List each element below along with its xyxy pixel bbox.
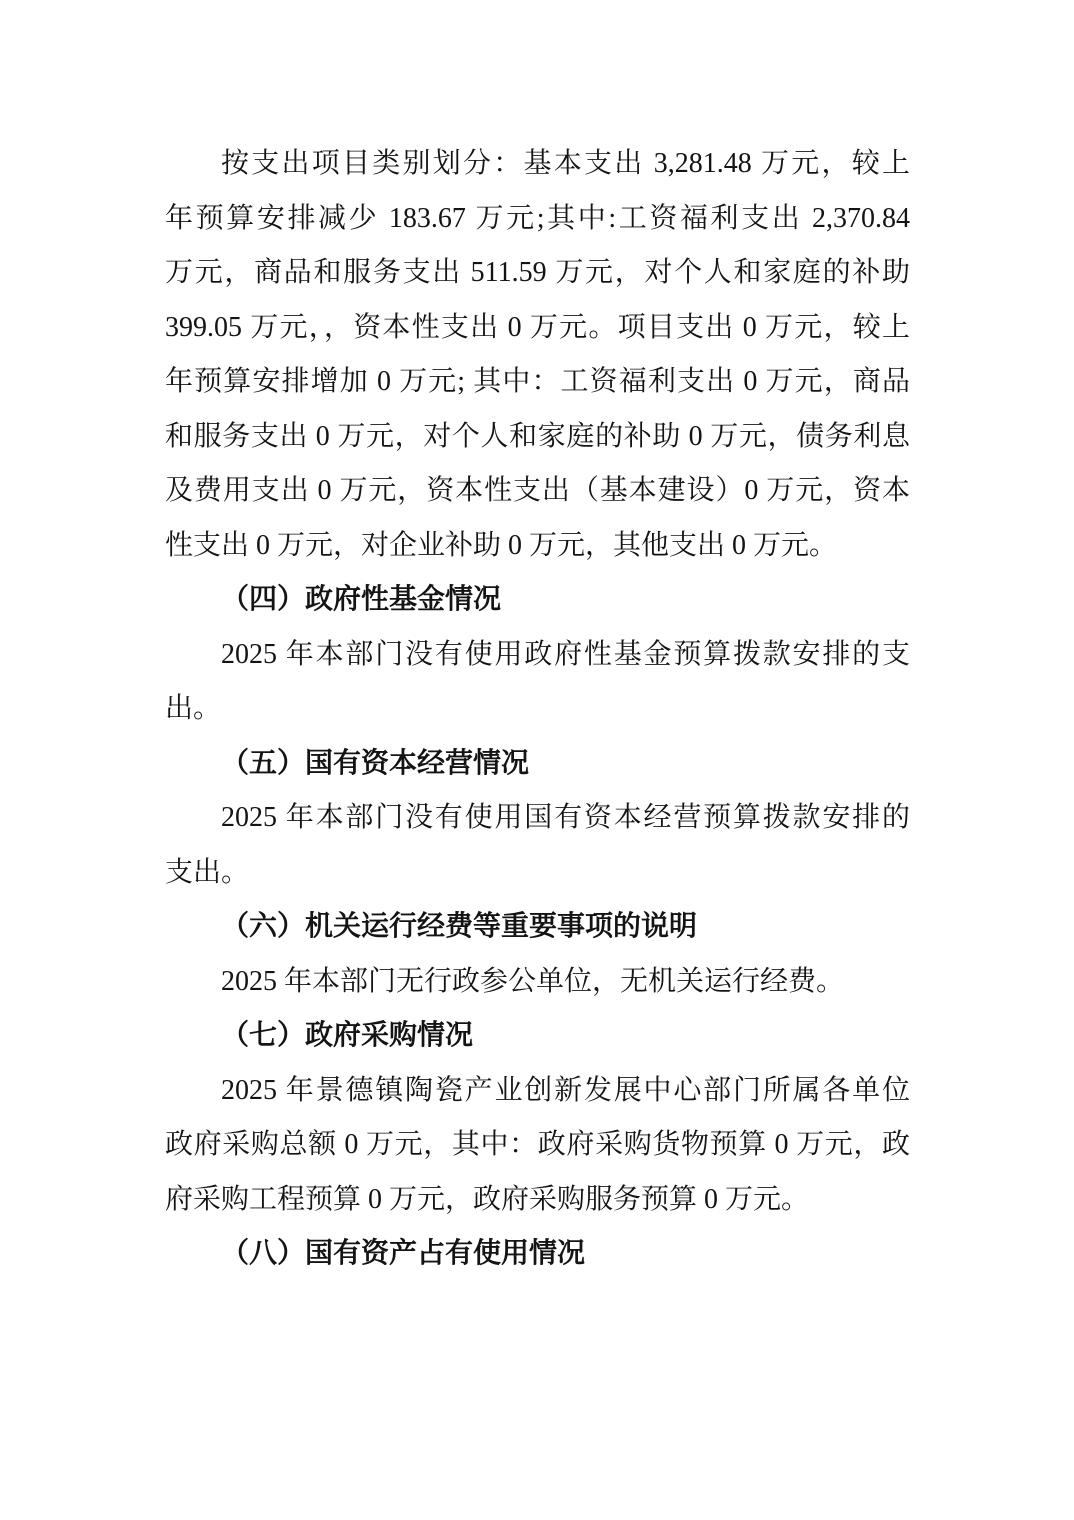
body-line: 出。: [165, 682, 910, 737]
body-line: 2025 年本部门没有使用国有资本经营预算拨款安排的: [165, 791, 910, 846]
section-operating-funds: （六）机关运行经费等重要事项的说明 2025 年本部门无行政参公单位，无机关运行…: [165, 900, 910, 1009]
body-line: 年预算安排减少 183.67 万元;其中:工资福利支出 2,370.84: [165, 192, 910, 247]
section-heading: （八）国有资产占有使用情况: [165, 1227, 910, 1282]
section-heading: （六）机关运行经费等重要事项的说明: [165, 900, 910, 955]
document-body: 按支出项目类别划分：基本支出 3,281.48 万元，较上 年预算安排减少 18…: [165, 137, 910, 1282]
body-line: 和服务支出 0 万元，对个人和家庭的补助 0 万元，债务利息: [165, 410, 910, 465]
section-procurement: （七）政府采购情况 2025 年景德镇陶瓷产业创新发展中心部门所属各单位 政府采…: [165, 1009, 910, 1227]
body-line: 万元，商品和服务支出 511.59 万元，对个人和家庭的补助: [165, 246, 910, 301]
body-line: 2025 年本部门无行政参公单位，无机关运行经费。: [165, 955, 910, 1010]
body-line: 2025 年本部门没有使用政府性基金预算拨款安排的支: [165, 628, 910, 683]
body-line: 399.05 万元，，资本性支出 0 万元。项目支出 0 万元，较上: [165, 301, 910, 356]
body-line: 政府采购总额 0 万元，其中：政府采购货物预算 0 万元，政: [165, 1118, 910, 1173]
body-line: 2025 年景德镇陶瓷产业创新发展中心部门所属各单位: [165, 1064, 910, 1119]
body-line: 年预算安排增加 0 万元; 其中：工资福利支出 0 万元，商品: [165, 355, 910, 410]
section-government-funds: （四）政府性基金情况 2025 年本部门没有使用政府性基金预算拨款安排的支 出。: [165, 573, 910, 737]
section-heading: （五）国有资本经营情况: [165, 737, 910, 792]
section-heading: （七）政府采购情况: [165, 1009, 910, 1064]
body-line: 支出。: [165, 846, 910, 901]
paragraph-expenditure-breakdown: 按支出项目类别划分：基本支出 3,281.48 万元，较上 年预算安排减少 18…: [165, 137, 910, 573]
body-line: 按支出项目类别划分：基本支出 3,281.48 万元，较上: [165, 137, 910, 192]
body-line: 性支出 0 万元，对企业补助 0 万元，其他支出 0 万元。: [165, 519, 910, 574]
document-page: 按支出项目类别划分：基本支出 3,281.48 万元，较上 年预算安排减少 18…: [0, 0, 1074, 1520]
section-heading: （四）政府性基金情况: [165, 573, 910, 628]
body-line: 府采购工程预算 0 万元，政府采购服务预算 0 万元。: [165, 1173, 910, 1228]
section-state-capital: （五）国有资本经营情况 2025 年本部门没有使用国有资本经营预算拨款安排的 支…: [165, 737, 910, 901]
body-line: 及费用支出 0 万元，资本性支出（基本建设）0 万元，资本: [165, 464, 910, 519]
section-state-assets: （八）国有资产占有使用情况: [165, 1227, 910, 1282]
